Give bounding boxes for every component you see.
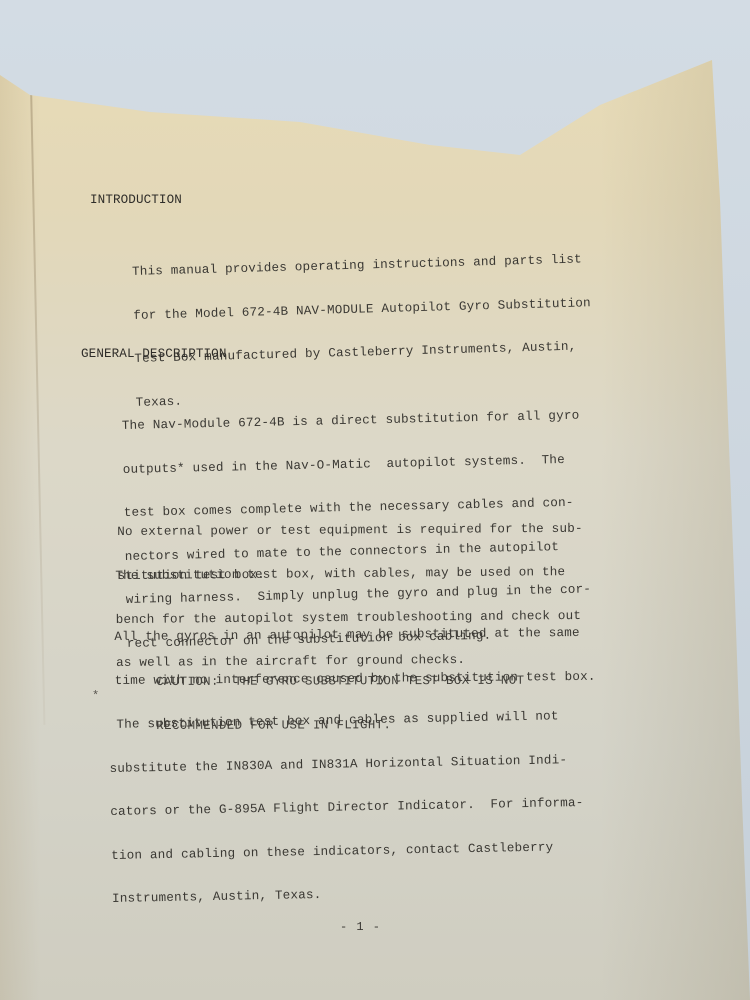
paragraph-line: All the gyros in an autopilot may be sub… — [114, 626, 595, 645]
document-body: INTRODUCTION This manual provides operat… — [0, 0, 750, 1000]
footnote-line: The substitution test box and cables as … — [109, 709, 582, 733]
section-heading-general-description: GENERAL DESCRIPTION — [81, 347, 227, 362]
paragraph-line: This manual provides operating instructi… — [132, 252, 590, 279]
footnote-line: cators or the G-895A Flight Director Ind… — [110, 796, 583, 820]
paragraph-line: The Nav-Module 672-4B is a direct substi… — [122, 408, 588, 433]
footnote-line: substitute the IN830A and IN831A Horizon… — [109, 752, 582, 776]
footnote-line: tion and cabling on these indicators, co… — [111, 839, 584, 863]
section-heading-introduction: INTRODUCTION — [90, 193, 182, 208]
paragraph-line: for the Model 672-4B NAV-MODULE Autopilo… — [133, 296, 591, 323]
page-number: - 1 - — [340, 920, 381, 935]
footnote-asterisk: * — [92, 689, 99, 704]
paragraph-line: outputs* used in the Nav-O-Matic autopil… — [123, 452, 589, 477]
paragraph-line: The substitution test box, with cables, … — [115, 565, 581, 584]
footnote-paragraph: The substitution test box and cables as … — [108, 680, 586, 936]
manual-page: INTRODUCTION This manual provides operat… — [0, 0, 750, 1000]
footnote-line: Instruments, Austin, Texas. — [112, 883, 585, 907]
